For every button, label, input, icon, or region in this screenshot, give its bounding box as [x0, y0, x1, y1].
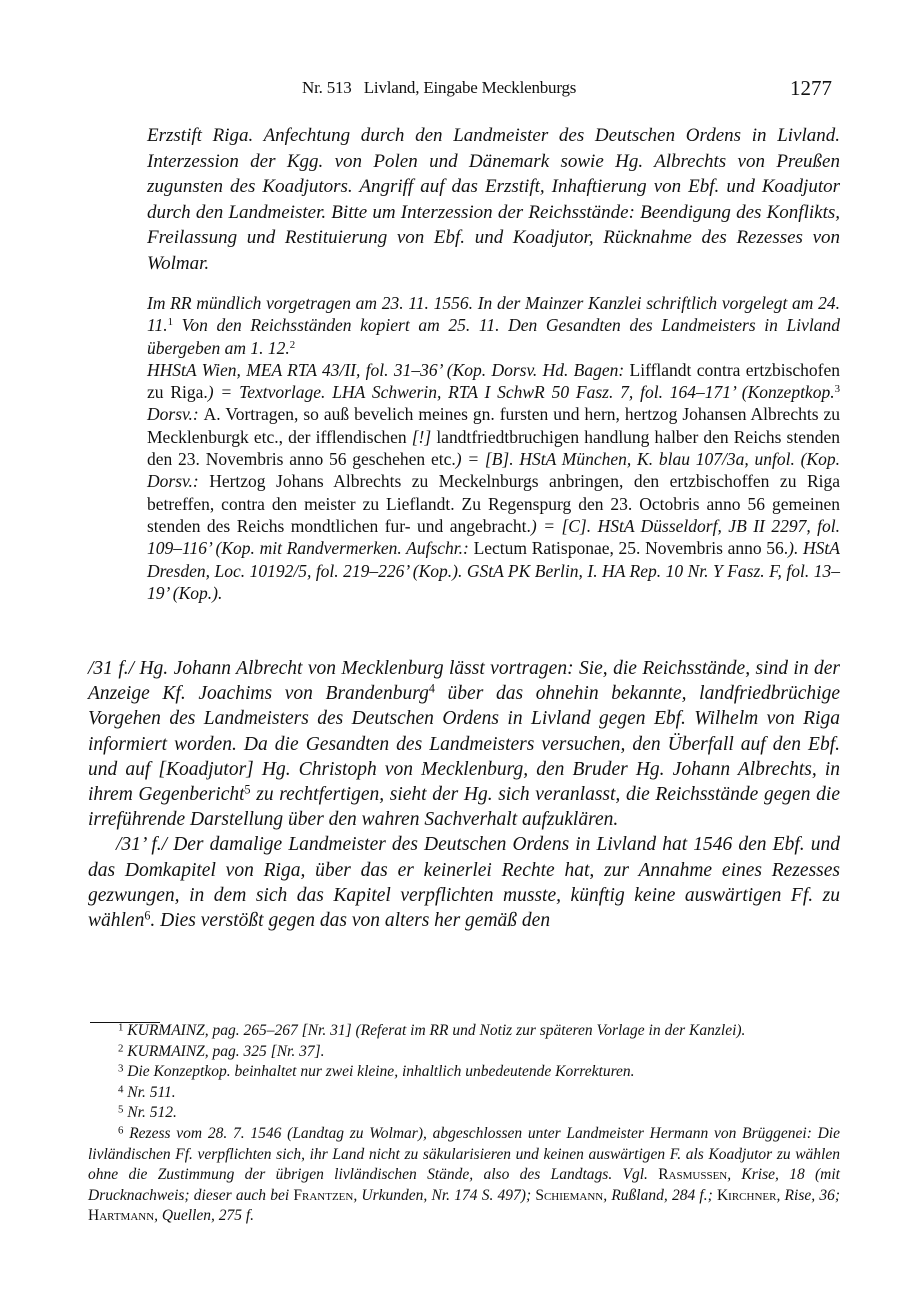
paragraph: /31’ f./ Der damalige Landmeister des De… [88, 832, 840, 933]
author-name: Schiemann [535, 1187, 603, 1204]
running-title: Nr. 513 Livland, Eingabe Mecklenburgs [302, 78, 576, 98]
footnote-number: 4 [118, 1083, 123, 1095]
footnote-number: 3 [118, 1063, 123, 1075]
footnote: 1 KURMAINZ, pag. 265–267 [Nr. 31] (Refer… [88, 1021, 840, 1042]
editorial-mark: [!] [412, 427, 431, 447]
footnote-text: , Rußland, 284 f.; [603, 1187, 717, 1204]
author-name: Rasmussen [658, 1166, 727, 1183]
source-text: HHStA Wien, MEA RTA 43/II, fol. 31–36’ (… [147, 360, 630, 380]
source-text: ) = Textvorlage. LHA Schwerin, RTA I Sch… [208, 382, 835, 402]
source-text: Von den Reichsständen kopiert am 25. 11.… [147, 315, 840, 357]
footnote: 3 Die Konzeptkop. beinhaltet nur zwei kl… [88, 1062, 840, 1083]
footnote-text: , Urkunden, Nr. 174 S. 497); [353, 1187, 535, 1204]
footnotes: 1 KURMAINZ, pag. 265–267 [Nr. 31] (Refer… [88, 1021, 840, 1227]
footnote-text: KURMAINZ, pag. 265–267 [Nr. 31] (Referat… [127, 1022, 745, 1039]
paragraph-text: . Dies verstößt gegen das von alters her… [150, 910, 550, 931]
footnote-ref[interactable]: 2 [290, 339, 295, 351]
regest-summary: Erzstift Riga. Anfechtung durch den Land… [147, 123, 840, 277]
footnote: 6 Rezess vom 28. 7. 1546 (Landtag zu Wol… [88, 1124, 840, 1227]
paragraph: /31 f./ Hg. Johann Albrecht von Mecklenb… [88, 656, 840, 832]
footnote-text: , Quellen, 275 f. [154, 1207, 254, 1224]
author-name: Kirchner [717, 1187, 776, 1204]
source-apparatus: Im RR mündlich vorgetragen am 23. 11. 15… [147, 292, 840, 604]
footnote-text: Nr. 512. [127, 1104, 177, 1121]
footnote: 4 Nr. 511. [88, 1083, 840, 1104]
footnote-number: 6 [118, 1125, 123, 1137]
source-text: Dorsv.: [147, 404, 204, 424]
author-name: Hartmann [88, 1207, 154, 1224]
footnote-number: 1 [118, 1022, 123, 1034]
footnote-text: KURMAINZ, pag. 325 [Nr. 37]. [127, 1043, 324, 1060]
footnote-text: Nr. 511. [127, 1084, 175, 1101]
author-name: Frantzen [293, 1187, 353, 1204]
quoted-text: Lectum Ratisponae, 25. Novembris anno 56… [474, 538, 789, 558]
footnote-number: 2 [118, 1042, 123, 1054]
page-number: 1277 [790, 76, 832, 101]
main-text: /31 f./ Hg. Johann Albrecht von Mecklenb… [88, 656, 840, 933]
running-header: Nr. 513 Livland, Eingabe Mecklenburgs 12… [0, 76, 900, 106]
footnote-ref[interactable]: 3 [835, 383, 840, 395]
footnote: 5 Nr. 512. [88, 1103, 840, 1124]
footnote-text: , Rise, 36; [776, 1187, 840, 1204]
footnote-text: Die Konzeptkop. beinhaltet nur zwei klei… [127, 1063, 634, 1080]
footnote: 2 KURMAINZ, pag. 325 [Nr. 37]. [88, 1042, 840, 1063]
footnote-number: 5 [118, 1104, 123, 1116]
